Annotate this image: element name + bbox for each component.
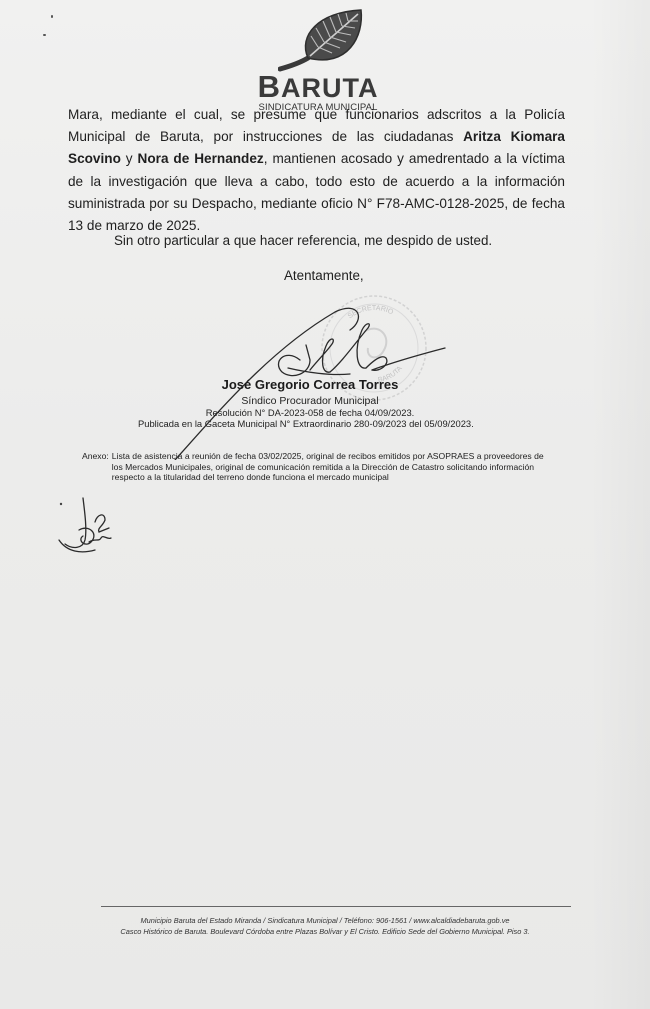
page-shadow (590, 0, 650, 1009)
signer-block: José Gregorio Correa Torres Síndico Proc… (160, 377, 460, 429)
footer-divider (101, 906, 571, 907)
letter-paragraph: Mara, mediante el cual, se presume que f… (68, 104, 565, 237)
document-page: BARUTA SINDICATURA MUNICIPAL Mara, media… (0, 0, 650, 1009)
annex-text: Lista de asistencia a reunión de fecha 0… (112, 451, 552, 483)
closing-line: Sin otro particular a que hacer referenc… (114, 233, 492, 248)
annex-note: Anexo: Lista de asistencia a reunión de … (82, 451, 552, 483)
annex-label: Anexo: (82, 451, 112, 483)
paper-speck (51, 15, 53, 18)
paragraph-text: y (121, 151, 138, 166)
regards-line: Atentamente, (284, 268, 364, 283)
signer-role: Síndico Procurador Municipal (160, 395, 460, 407)
leaf-icon (278, 6, 368, 76)
signer-resolution: Resolución N° DA-2023-058 de fecha 04/09… (160, 407, 460, 418)
signer-publication: Publicada en la Gaceta Municipal N° Extr… (138, 418, 460, 429)
paper-speck (43, 34, 46, 36)
signer-name: José Gregorio Correa Torres (160, 377, 460, 393)
citizen-name-2: Nora de Hernandez (138, 151, 264, 166)
footer-address-line: Casco Histórico de Baruta. Boulevard Cór… (80, 926, 570, 937)
brand-name: BARUTA (250, 72, 386, 103)
baruta-logo: BARUTA SINDICATURA MUNICIPAL (250, 6, 400, 114)
footer-contact-line: Municipio Baruta del Estado Miranda / Si… (80, 915, 570, 926)
footer: Municipio Baruta del Estado Miranda / Si… (80, 915, 570, 937)
handwritten-initials-icon (55, 494, 125, 556)
